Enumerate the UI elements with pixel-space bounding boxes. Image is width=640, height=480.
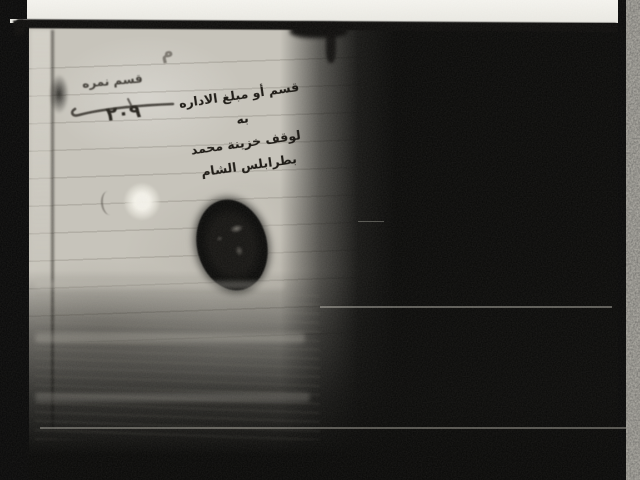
margin-ink-blot (49, 74, 69, 114)
light-streak-band (35, 393, 310, 402)
film-scratch-line (40, 427, 630, 429)
film-scratch-line (320, 306, 612, 308)
film-edge-strip (626, 0, 640, 480)
film-scratch-line (358, 221, 384, 222)
page-top-edge-hook (13, 19, 25, 35)
frame-corner (0, 0, 27, 19)
microfilm-frame: م قسم نمره ٢٠٩ قسم أو مبلغ الاداره به لو… (0, 0, 640, 480)
light-streak-band (35, 281, 285, 289)
flash-reflection-spot (124, 183, 160, 220)
top-ink-blotch (290, 24, 348, 38)
light-streak-band (35, 333, 305, 343)
top-ink-blotch-stem (326, 30, 336, 63)
section-number: ٢٠٩ (105, 100, 142, 126)
bottom-mottle-texture (35, 290, 320, 440)
